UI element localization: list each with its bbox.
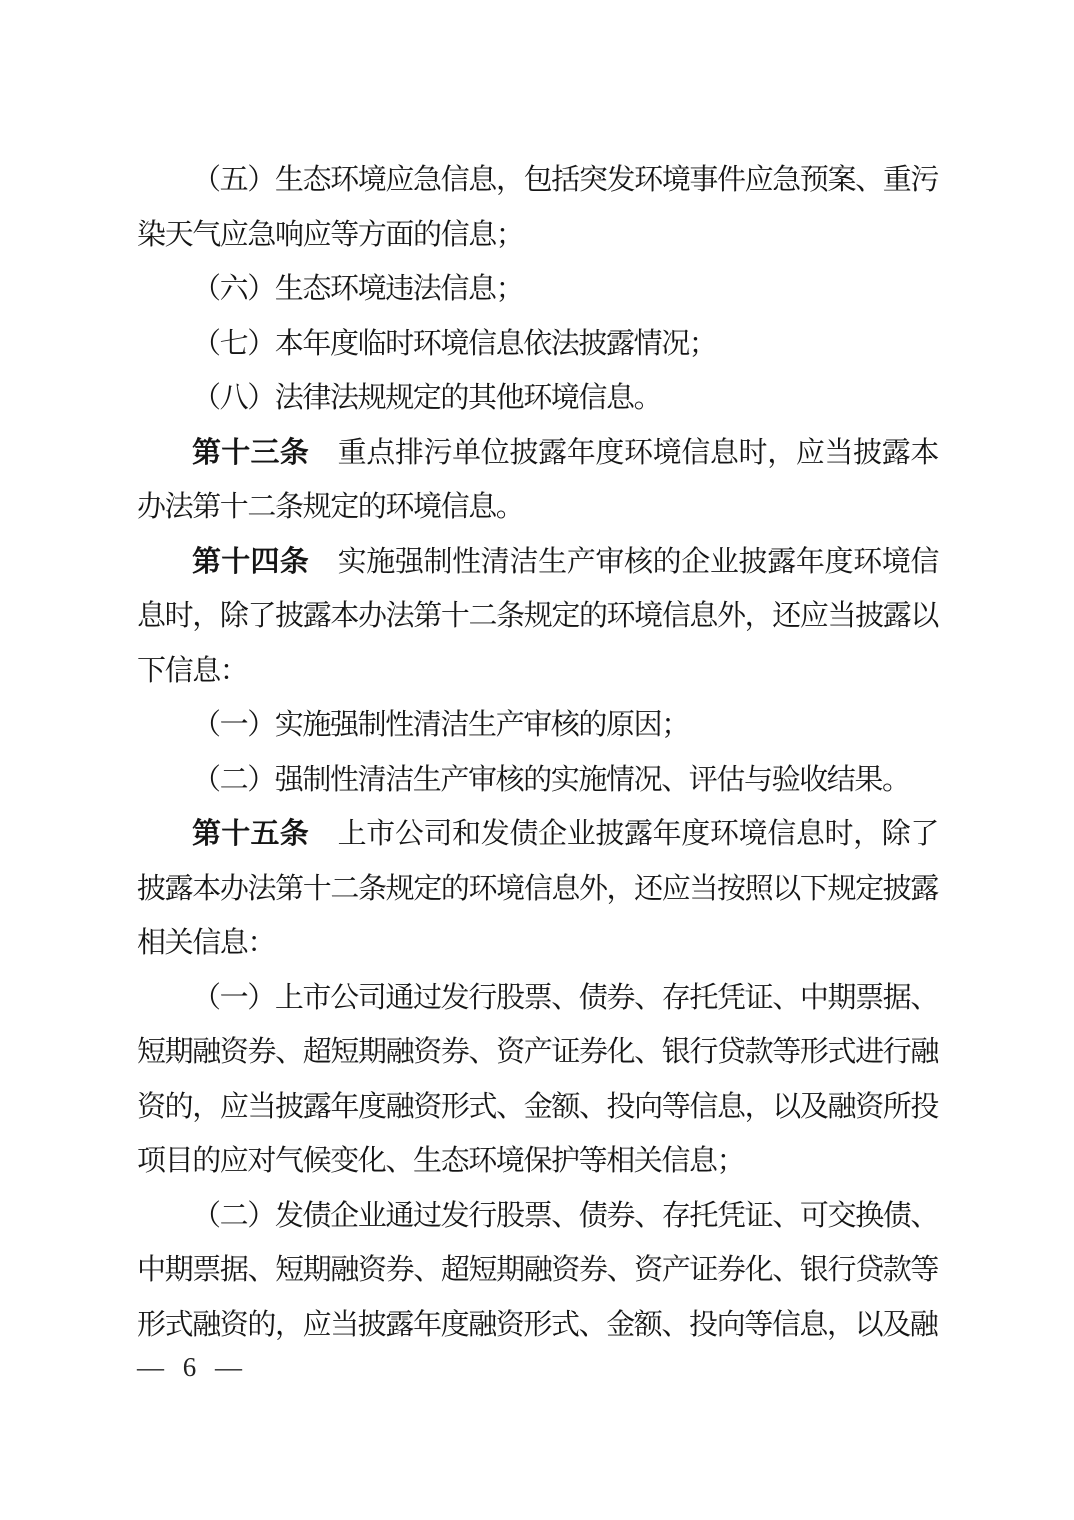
article-number: 第十五条 <box>192 818 309 850</box>
page-number: — 6 — <box>137 1340 244 1394</box>
paragraph-text: （二）强制性清洁生产审核的实施情况、评估与验收结果。 <box>192 764 910 796</box>
paragraph: （八）法律法规规定的其他环境信息。 <box>137 371 938 426</box>
paragraph: （二）强制性清洁生产审核的实施情况、评估与验收结果。 <box>137 753 938 808</box>
paragraph-article-15: 第十五条 上市公司和发债企业披露年度环境信息时，除了披露本办法第十二条规定的环境… <box>137 807 938 971</box>
document-body: （五）生态环境应急信息，包括突发环境事件应急预案、重污染天气应急响应等方面的信息… <box>137 153 938 1352</box>
paragraph: （六）生态环境违法信息； <box>137 262 938 317</box>
paragraph: （二）发债企业通过发行股票、债券、存托凭证、可交换债、中期票据、短期融资券、超短… <box>137 1189 938 1353</box>
paragraph-text: （一）实施强制性清洁生产审核的原因； <box>192 709 689 741</box>
document-page: （五）生态环境应急信息，包括突发环境事件应急预案、重污染天气应急响应等方面的信息… <box>0 0 1074 1520</box>
paragraph-text: （一）上市公司通过发行股票、债券、存托凭证、中期票据、短期融资券、超短期融资券、… <box>137 982 938 1178</box>
article-number: 第十三条 <box>192 437 309 469</box>
paragraph: （五）生态环境应急信息，包括突发环境事件应急预案、重污染天气应急响应等方面的信息… <box>137 153 938 262</box>
paragraph: （七）本年度临时环境信息依法披露情况； <box>137 317 938 372</box>
paragraph-text: （五）生态环境应急信息，包括突发环境事件应急预案、重污染天气应急响应等方面的信息… <box>137 164 938 251</box>
paragraph-article-14: 第十四条 实施强制性清洁生产审核的企业披露年度环境信息时，除了披露本办法第十二条… <box>137 535 938 699</box>
paragraph-article-13: 第十三条 重点排污单位披露年度环境信息时，应当披露本办法第十二条规定的环境信息。 <box>137 426 938 535</box>
paragraph-text: （七）本年度临时环境信息依法披露情况； <box>192 328 716 360</box>
paragraph-text: （八）法律法规规定的其他环境信息。 <box>192 382 661 414</box>
paragraph: （一）实施强制性清洁生产审核的原因； <box>137 698 938 753</box>
paragraph-text: （六）生态环境违法信息； <box>192 273 523 305</box>
paragraph-text: （二）发债企业通过发行股票、债券、存托凭证、可交换债、中期票据、短期融资券、超短… <box>137 1200 938 1341</box>
paragraph: （一）上市公司通过发行股票、债券、存托凭证、中期票据、短期融资券、超短期融资券、… <box>137 971 938 1189</box>
article-number: 第十四条 <box>192 546 309 578</box>
